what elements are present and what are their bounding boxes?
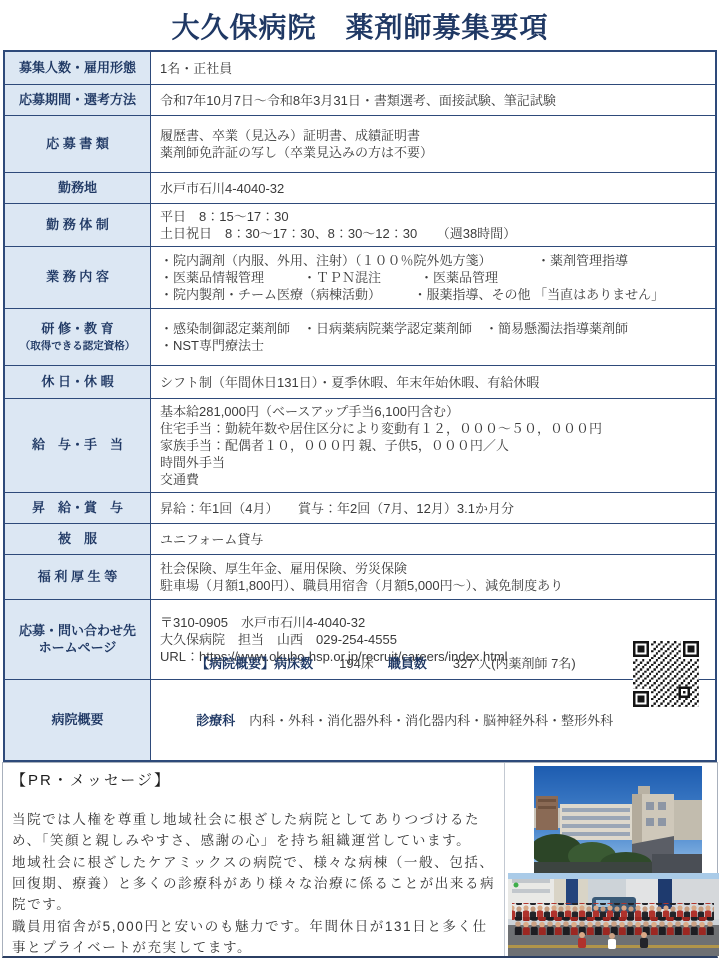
table-row-recruit-count: 募集人数・雇用形態 1名・正社員 [5,52,715,85]
row-content: 昇給：年1回（4月） 賞与：年2回（7月、12月）3.1か月分 [151,493,715,523]
row-content: 基本給281,000円（ベースアップ手当6,100円含む） 住宅手当：勤続年数や… [151,399,715,492]
row-content: シフト制（年間休日131日）・夏季休暇、年末年始休暇、有給休暇 [151,366,715,398]
table-row-uniform: 被 服 ユニフォーム貸与 [5,524,715,555]
departments-label: 診療科 [196,713,235,728]
pr-message-section: 【PR・メッセージ】 当院では人権を尊重し地域社会に根ざした病院としてありつづけ… [2,762,718,958]
pr-paragraphs: 当院では人権を尊重し地域社会に根ざした病院としてありつづけるため、「笑顔と親しみ… [12,809,502,958]
content-line: 駐車場（月額1,800円）、職員用宿舎（月額5,000円～）、減免制度あり [160,577,709,594]
content-line: 薬剤師免許証の写し（卒業見込みの方は不要） [160,144,709,161]
table-row-hospital-overview: 病院概要 【病院概要】病床数194床職員数327 人(内薬剤師 7名) 診療科内… [5,680,715,760]
table-row-holidays: 休 日・休 暇 シフト制（年間休日131日）・夏季休暇、年末年始休暇、有給休暇 [5,366,715,399]
row-content: 社会保険、厚生年金、雇用保険、労災保険 駐車場（月額1,800円）、職員用宿舎（… [151,555,715,599]
pr-section-divider [504,763,505,956]
row-label: 業 務 内 容 [5,247,151,308]
content-line: ・院内調剤（内服、外用、注射）（１００％院外処方箋） ・薬剤管理指導 [160,252,709,269]
row-content: ・院内調剤（内服、外用、注射）（１００％院外処方箋） ・薬剤管理指導 ・医薬品情… [151,247,715,308]
beds-value: 194床 [339,656,374,671]
row-content: 履歴書、卒業（見込み）証明書、成績証明書 薬剤師免許証の写し（卒業見込みの方は不… [151,116,715,172]
content-line: 1名・正社員 [160,60,709,77]
spec-table: 募集人数・雇用形態 1名・正社員 応募期間・選考方法 令和7年10月7日～令和8… [3,50,717,762]
recruitment-flyer: 大久保病院 薬剤師募集要項 募集人数・雇用形態 1名・正社員 応募期間・選考方法… [0,0,720,960]
content-line: シフト制（年間休日131日）・夏季休暇、年末年始休暇、有給休暇 [160,374,709,391]
staff-value: 327 人(内薬剤師 7名) [453,656,576,671]
row-label: 応 募 書 類 [5,116,151,172]
table-row-raise-bonus: 昇 給・賞 与 昇給：年1回（4月） 賞与：年2回（7月、12月）3.1か月分 [5,493,715,524]
table-row-work-schedule: 勤 務 体 制 平日 8：15～17：30 土日祝日 8：30～17：30、8：… [5,204,715,247]
content-line: 家族手当：配偶者１０，０００円 親、子供5，０００円／人 [160,437,709,454]
table-row-benefits: 福 利 厚 生 等 社会保険、厚生年金、雇用保険、労災保険 駐車場（月額1,80… [5,555,715,600]
row-label-sub: （取得できる認定資格） [20,340,136,353]
content-line: ・院内製剤・チーム医療（病棟活動） ・服薬指導、その他 「当直はありません」 [160,286,709,303]
pr-heading: 【PR・メッセージ】 [11,769,171,790]
row-label: 応募期間・選考方法 [5,85,151,115]
content-line: 住宅手当：勤続年数や居住区分により変動有１２，０００～５０，０００円 [160,420,709,437]
contact-address-line: 〒310-0905 水戸市石川4-4040-32 [160,614,709,631]
overview-line-departments-1: 診療科内科・外科・消化器外科・消化器内科・脳神経外科・整形外科 [160,692,709,749]
table-row-application-period: 応募期間・選考方法 令和7年10月7日～令和8年3月31日・書類選考、面接試験、… [5,85,715,116]
row-label: 被 服 [5,524,151,554]
pr-paragraph: 当院では人権を尊重し地域社会に根ざした病院としてありつづけるため、「笑顔と親しみ… [12,809,502,852]
row-label: 応募・問い合わせ先 ホームページ [5,600,151,679]
row-content: 令和7年10月7日～令和8年3月31日・書類選考、面接試験、筆記試験 [151,85,715,115]
row-content: ・感染制御認定薬剤師 ・日病薬病院薬学認定薬剤師 ・簡易懸濁法指導薬剤師 ・NS… [151,309,715,365]
content-line: ・NST専門療法士 [160,337,709,354]
row-content: 平日 8：15～17：30 土日祝日 8：30～17：30、8：30～12：30… [151,204,715,246]
table-row-training-education: 研 修・教 育 （取得できる認定資格） ・感染制御認定薬剤師 ・日病薬病院薬学認… [5,309,715,366]
row-label: 給 与・手 当 [5,399,151,492]
content-line: 平日 8：15～17：30 [160,208,709,225]
content-line: 昇給：年1回（4月） 賞与：年2回（7月、12月）3.1か月分 [160,500,709,517]
content-line: 令和7年10月7日～令和8年3月31日・書類選考、面接試験、筆記試験 [160,92,709,109]
table-row-salary-allowances: 給 与・手 当 基本給281,000円（ベースアップ手当6,100円含む） 住宅… [5,399,715,493]
content-line: 履歴書、卒業（見込み）証明書、成績証明書 [160,127,709,144]
row-label: 休 日・休 暇 [5,366,151,398]
departments-value-1: 内科・外科・消化器外科・消化器内科・脳神経外科・整形外科 [249,713,613,728]
pr-paragraph: 職員用宿舎が5,000円と安いのも魅力です。年間休日が131日と多く仕事とプライ… [12,916,502,959]
table-row-job-duties: 業 務 内 容 ・院内調剤（内服、外用、注射）（１００％院外処方箋） ・薬剤管理… [5,247,715,309]
hospital-building-photo [534,766,702,873]
content-line: 社会保険、厚生年金、雇用保険、労災保険 [160,560,709,577]
row-label: 勤務地 [5,173,151,203]
content-line: 交通費 [160,471,709,488]
overview-line-beds-staff: 【病院概要】病床数194床職員数327 人(内薬剤師 7名) [160,635,709,692]
row-label: 昇 給・賞 与 [5,493,151,523]
row-label: 募集人数・雇用形態 [5,52,151,84]
row-label: 病院概要 [5,680,151,760]
row-content: 水戸市石川4-4040-32 [151,173,715,203]
table-row-application-documents: 応 募 書 類 履歴書、卒業（見込み）証明書、成績証明書 薬剤師免許証の写し（卒… [5,116,715,173]
content-line: 時間外手当 [160,454,709,471]
row-content: ユニフォーム貸与 [151,524,715,554]
page-title: 大久保病院 薬剤師募集要項 [0,6,720,46]
row-content: 【病院概要】病床数194床職員数327 人(内薬剤師 7名) 診療科内科・外科・… [151,680,715,760]
content-line: ・感染制御認定薬剤師 ・日病薬病院薬学認定薬剤師 ・簡易懸濁法指導薬剤師 [160,320,709,337]
content-line: 土日祝日 8：30～17：30、8：30～12：30 （週38時間） [160,225,709,242]
content-line: 基本給281,000円（ベースアップ手当6,100円含む） [160,403,709,420]
content-line: ユニフォーム貸与 [160,531,709,548]
staff-label: 職員数 [388,656,427,671]
row-label: 勤 務 体 制 [5,204,151,246]
overview-heading: 【病院概要】病床数 [196,656,313,671]
pr-paragraph: 地域社会に根ざしたケアミックスの病院で、様々な病棟（一般、包括、回復期、療養）と… [12,852,502,916]
table-row-work-location: 勤務地 水戸市石川4-4040-32 [5,173,715,204]
row-content: 1名・正社員 [151,52,715,84]
row-label: 福 利 厚 生 等 [5,555,151,599]
content-line: 水戸市石川4-4040-32 [160,180,709,197]
content-line: ・医薬品情報管理 ・ＴＰＮ混注 ・医薬品管理 [160,269,709,286]
row-label: 研 修・教 育 （取得できる認定資格） [5,309,151,365]
staff-group-photo [508,873,719,956]
